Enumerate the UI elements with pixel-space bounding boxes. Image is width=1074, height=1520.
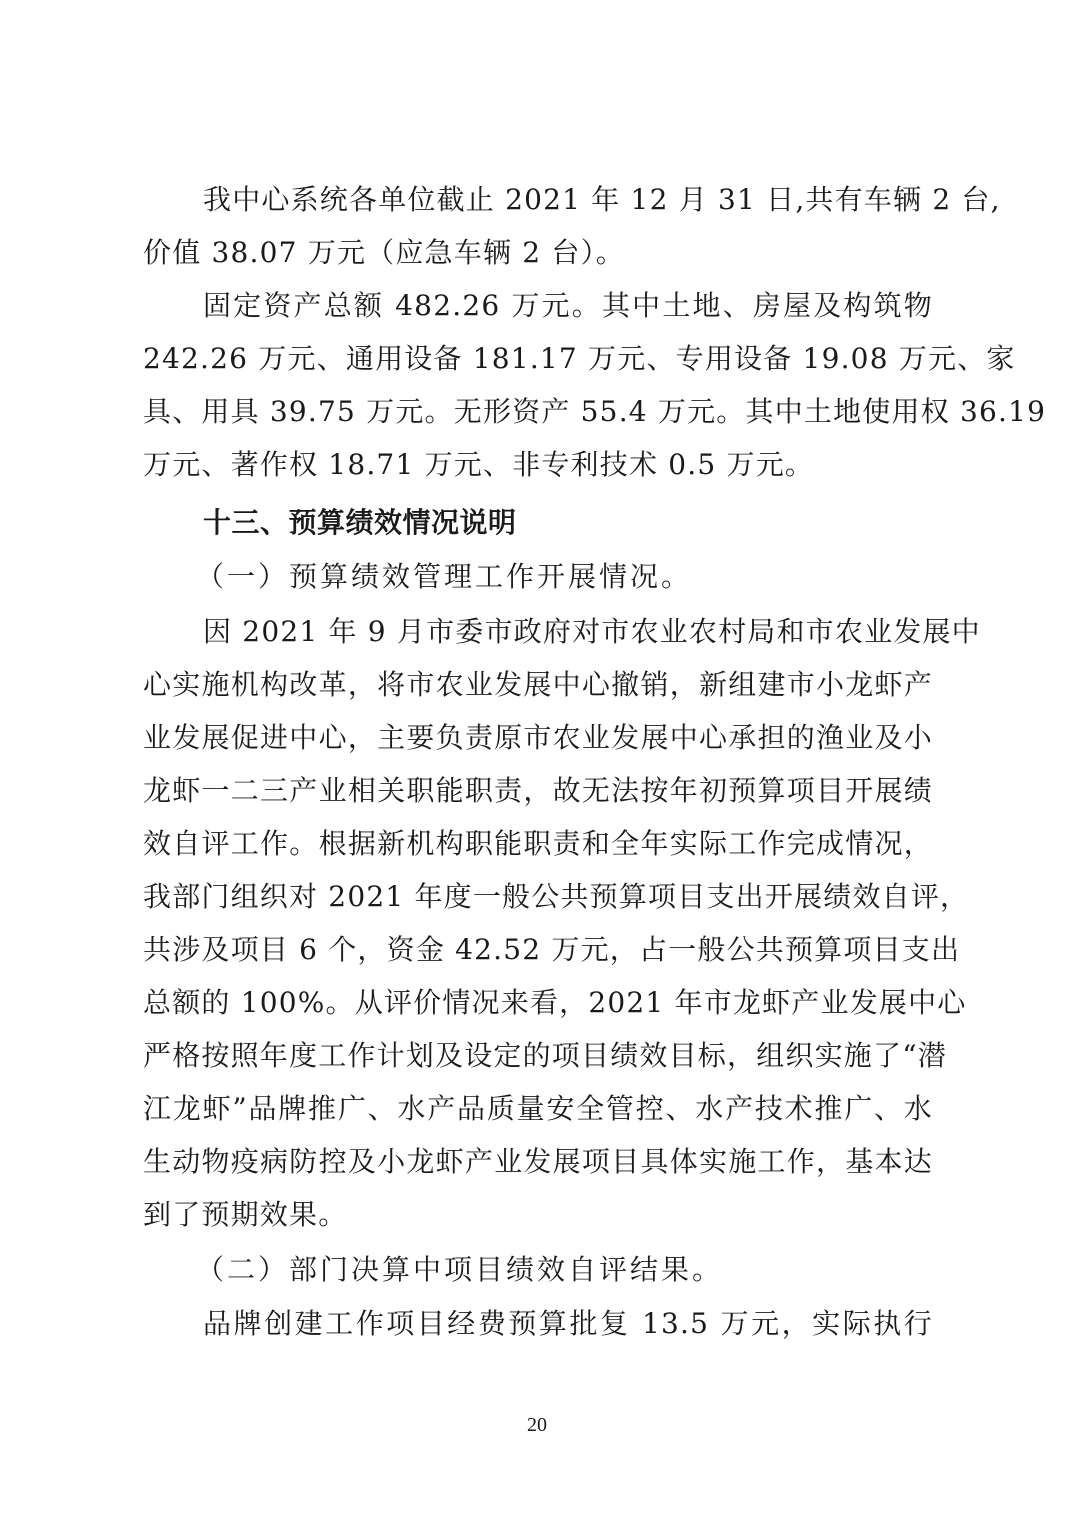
- paragraph-performance-line-12: 到了预期效果。: [143, 1195, 933, 1235]
- paragraph-vehicles-line-2: 价值 38.07 万元（应急车辆 2 台）。: [143, 233, 933, 273]
- subsection-heading-1: （一）预算绩效管理工作开展情况。: [196, 557, 926, 597]
- paragraph-brand-project-line-1: 品牌创建工作项目经费预算批复 13.5 万元，实际执行: [203, 1304, 933, 1344]
- paragraph-fixed-assets-line-3: 具、用具 39.75 万元。无形资产 55.4 万元。其中土地使用权 36.19: [143, 392, 933, 432]
- paragraph-performance-line-1: 因 2021 年 9 月市委市政府对市农业农村局和市农业发展中: [203, 612, 933, 652]
- paragraph-performance-line-10: 江龙虾”品牌推广、水产品质量安全管控、水产技术推广、水: [143, 1089, 933, 1129]
- page-number: 20: [0, 1413, 1074, 1437]
- paragraph-performance-line-11: 生动物疫病防控及小龙虾产业发展项目具体实施工作，基本达: [143, 1142, 933, 1182]
- paragraph-fixed-assets-line-4: 万元、著作权 18.71 万元、非专利技术 0.5 万元。: [143, 445, 933, 485]
- subsection-heading-2: （二）部门决算中项目绩效自评结果。: [196, 1250, 926, 1290]
- paragraph-performance-line-7: 共涉及项目 6 个，资金 42.52 万元，占一般公共预算项目支出: [143, 930, 933, 970]
- paragraph-fixed-assets-line-2: 242.26 万元、通用设备 181.17 万元、专用设备 19.08 万元、家: [143, 339, 933, 379]
- paragraph-vehicles-line-1: 我中心系统各单位截止 2021 年 12 月 31 日,共有车辆 2 台,: [203, 180, 933, 220]
- paragraph-performance-line-4: 龙虾一二三产业相关职能职责，故无法按年初预算项目开展绩: [143, 771, 933, 811]
- paragraph-performance-line-3: 业发展促进中心，主要负责原市农业发展中心承担的渔业及小: [143, 718, 933, 758]
- section-heading: 十三、预算绩效情况说明: [203, 503, 933, 543]
- paragraph-performance-line-9: 严格按照年度工作计划及设定的项目绩效目标，组织实施了“潜: [143, 1036, 933, 1076]
- paragraph-fixed-assets-line-1: 固定资产总额 482.26 万元。其中土地、房屋及构筑物: [203, 286, 933, 326]
- paragraph-performance-line-5: 效自评工作。根据新机构职能职责和全年实际工作完成情况，: [143, 824, 933, 864]
- paragraph-performance-line-8: 总额的 100%。从评价情况来看，2021 年市龙虾产业发展中心: [143, 983, 933, 1023]
- paragraph-performance-line-6: 我部门组织对 2021 年度一般公共预算项目支出开展绩效自评，: [143, 877, 933, 917]
- document-page: 我中心系统各单位截止 2021 年 12 月 31 日,共有车辆 2 台, 价值…: [0, 0, 1074, 1520]
- paragraph-performance-line-2: 心实施机构改革，将市农业发展中心撤销，新组建市小龙虾产: [143, 665, 933, 705]
